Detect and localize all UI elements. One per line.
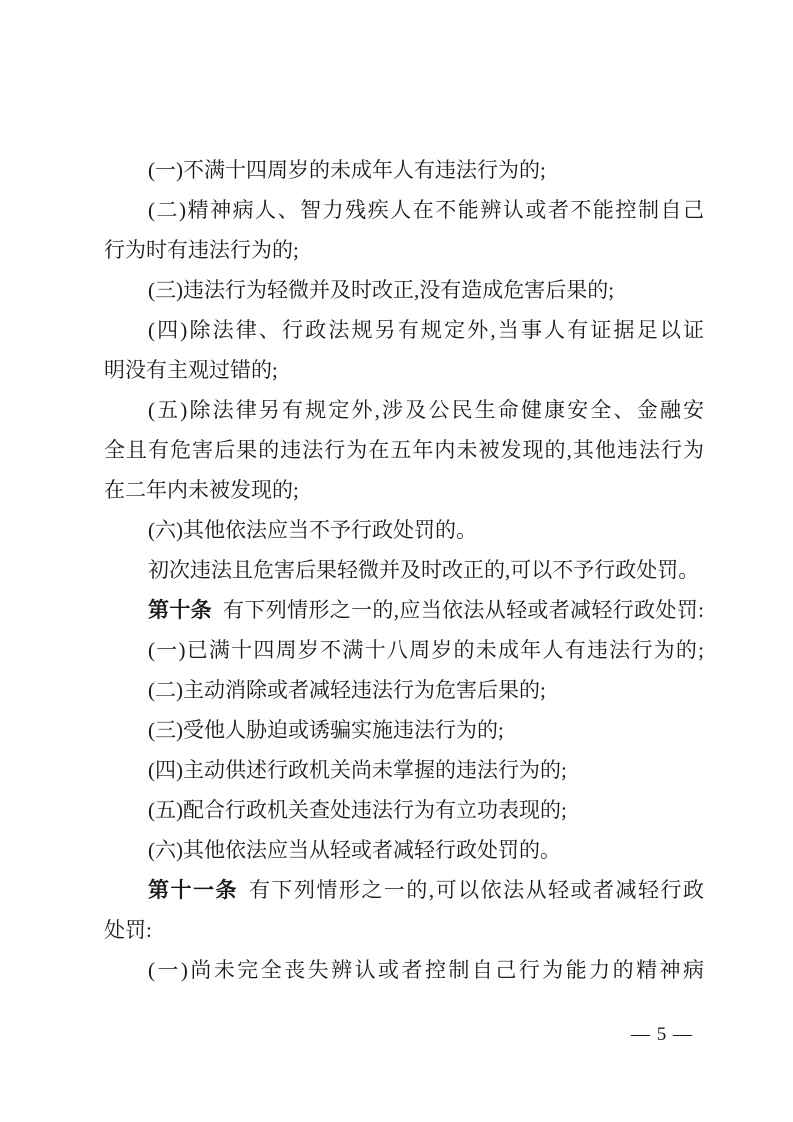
clause-line: (六)其他依法应当从轻或者减轻行政处罚的。 (104, 830, 704, 870)
clause-line: (四)除法律、行政法规另有规定外,当事人有证据足以证 (104, 310, 704, 350)
clause-line: 在二年内未被发现的; (104, 470, 704, 510)
clause-line: 全且有危害后果的违法行为在五年内未被发现的,其他违法行为 (104, 430, 704, 470)
paragraph-line: 初次违法且危害后果轻微并及时改正的,可以不予行政处罚。 (104, 550, 704, 590)
article-heading-text: 有下列情形之一的,可以依法从轻或者减轻行政 (249, 878, 704, 902)
document-page: (一)不满十四周岁的未成年人有违法行为的; (二)精神病人、智力残疾人在不能辨认… (0, 0, 793, 1122)
clause-line: 处罚: (104, 910, 704, 950)
article-heading-line: 第十条有下列情形之一的,应当依法从轻或者减轻行政处罚: (104, 590, 704, 630)
article-heading-line: 第十一条有下列情形之一的,可以依法从轻或者减轻行政 (104, 870, 704, 910)
clause-line: (三)违法行为轻微并及时改正,没有造成危害后果的; (104, 270, 704, 310)
clause-line: (五)配合行政机关查处违法行为有立功表现的; (104, 790, 704, 830)
clause-line: (二)主动消除或者减轻违法行为危害后果的; (104, 670, 704, 710)
clause-line: (一)不满十四周岁的未成年人有违法行为的; (104, 150, 704, 190)
document-body: (一)不满十四周岁的未成年人有违法行为的; (二)精神病人、智力残疾人在不能辨认… (104, 150, 704, 990)
page-number: — 5 — (631, 1020, 693, 1050)
clause-line: 行为时有违法行为的; (104, 230, 704, 270)
article-number-label: 第十条 (148, 599, 212, 622)
article-number-label: 第十一条 (148, 879, 238, 902)
clause-line: (三)受他人胁迫或诱骗实施违法行为的; (104, 710, 704, 750)
clause-line: (一)已满十四周岁不满十八周岁的未成年人有违法行为的; (104, 630, 704, 670)
clause-line: 明没有主观过错的; (104, 350, 704, 390)
clause-line: (一)尚未完全丧失辨认或者控制自己行为能力的精神病 (104, 950, 704, 990)
article-heading-text: 有下列情形之一的,应当依法从轻或者减轻行政处罚: (223, 598, 704, 622)
clause-line: (六)其他依法应当不予行政处罚的。 (104, 510, 704, 550)
clause-line: (五)除法律另有规定外,涉及公民生命健康安全、金融安 (104, 390, 704, 430)
clause-line: (二)精神病人、智力残疾人在不能辨认或者不能控制自己 (104, 190, 704, 230)
clause-line: (四)主动供述行政机关尚未掌握的违法行为的; (104, 750, 704, 790)
